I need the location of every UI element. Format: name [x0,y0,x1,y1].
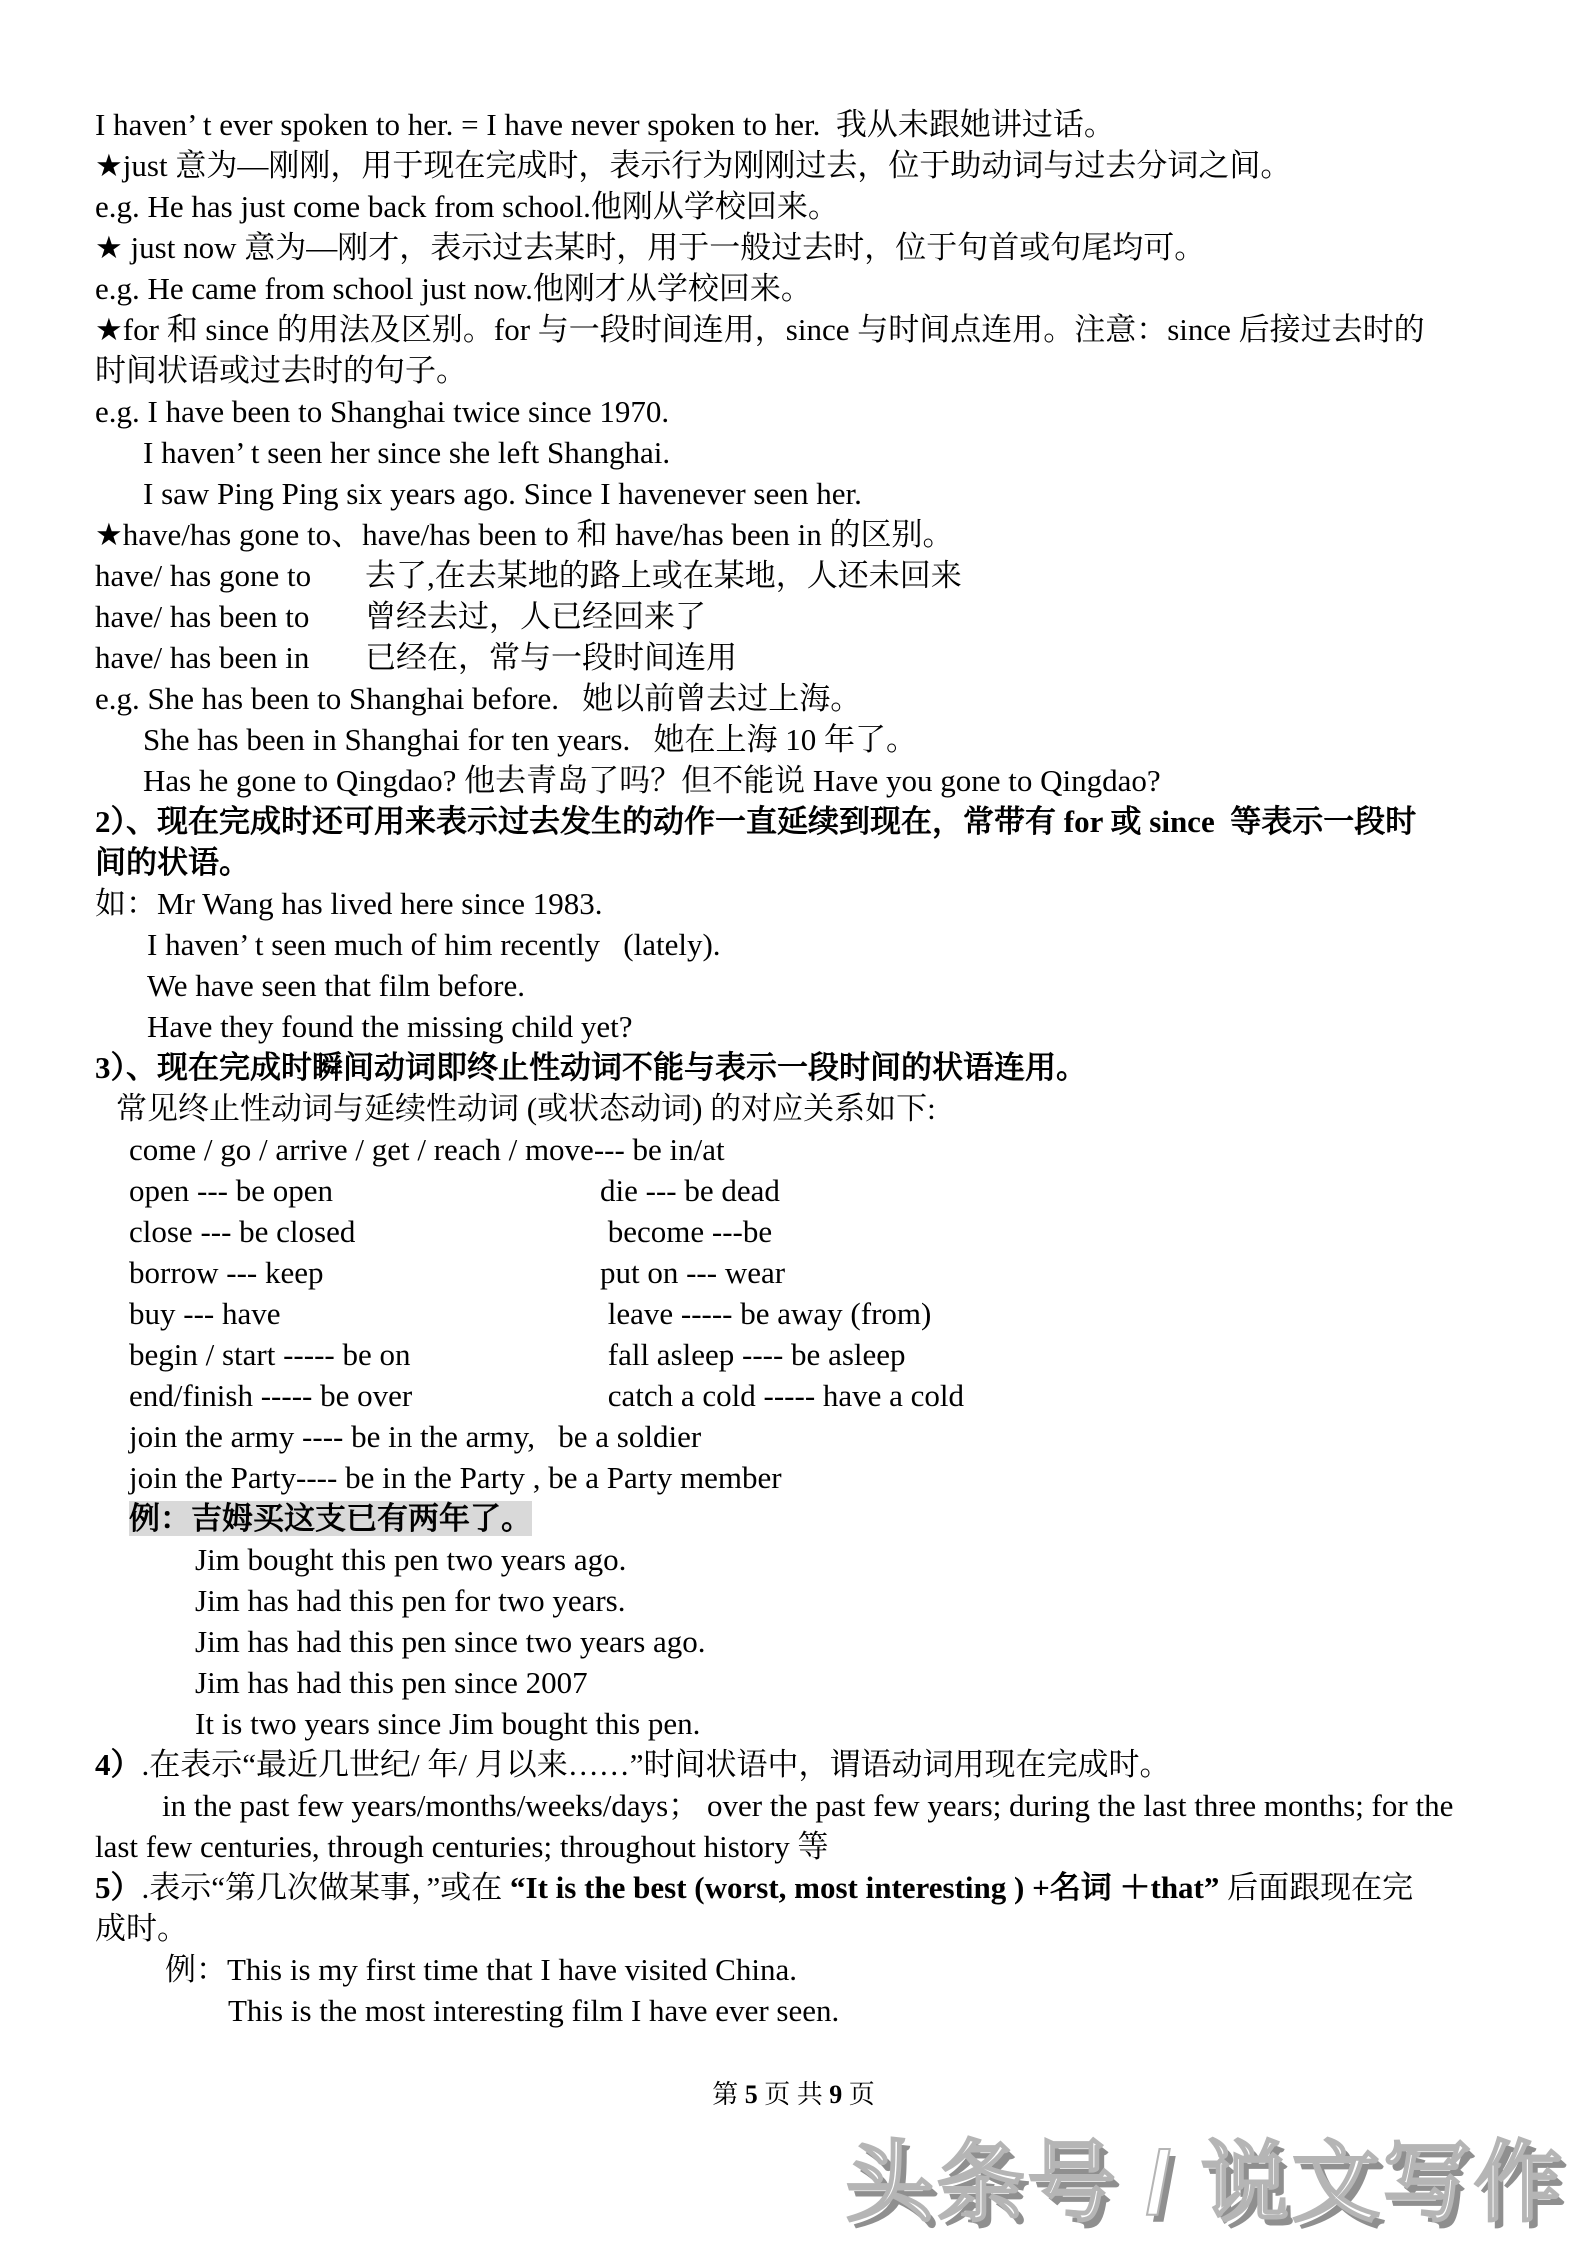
text-segment: 曾经去过，人已经回来了 [365,599,706,634]
text-segment: 例：吉姆买这支已有两年了。 [129,1501,532,1536]
text-segment: 已经在，常与一段时间连用 [365,640,737,675]
text-segment: 如：Mr Wang has lived here since 1983. [95,886,602,921]
text-line: 2）、现在完成时还可用来表示过去发生的动作一直延续到现在，常带有 for 或 s… [95,801,1567,842]
text-line: ★have/has gone to、have/has been to 和 hav… [95,514,1567,555]
text-segment: buy --- have [129,1293,600,1334]
text-segment: She has been in Shanghai for ten years. … [143,722,917,757]
text-segment: 3）、现在完成时瞬间动词即终止性动词不能与表示一段时间的状语连用。 [95,1050,1087,1085]
text-segment: 2）、现在完成时还可用来表示过去发生的动作一直延续到现在，常带有 for 或 s… [95,804,1416,839]
text-segment: .在表示“最近几世纪/ 年/ 月以来……”时间状语中，谓语动词用现在完成时。 [142,1747,1171,1782]
text-segment: 第 [712,2080,745,2109]
text-segment: begin / start ----- be on [129,1334,600,1375]
text-line: 5）.表示“第几次做某事，”或在 “It is the best (worst,… [95,1867,1567,1908]
text-line: Has he gone to Qingdao? 他去青岛了吗？但不能说 Have… [95,760,1567,801]
text-segment: This is the most interesting film I have… [228,1993,839,2028]
text-segment: I haven’ t seen her since she left Shang… [143,435,670,470]
text-line: Jim has had this pen since 2007 [95,1662,1567,1703]
text-segment: ★have/has gone to、have/has been to 和 hav… [95,517,954,552]
text-segment: “It is the best (worst, most interesting… [510,1870,1219,1905]
text-line: e.g. He has just come back from school.他… [95,186,1567,227]
text-segment: 成时。 [95,1911,188,1946]
text-segment: I haven’ t seen much of him recently (la… [147,927,721,962]
text-segment: Jim has had this pen for two years. [195,1583,625,1618]
text-line: e.g. I have been to Shanghai twice since… [95,391,1567,432]
text-segment: 4） [95,1747,142,1782]
text-segment: 去了,在去某地的路上或在某地，人还未回来 [365,558,962,593]
text-segment: 例：This is my first time that I have visi… [165,1952,797,1987]
text-segment: put on --- wear [600,1255,785,1290]
text-line: I haven’ t seen much of him recently (la… [95,924,1567,965]
text-line: We have seen that film before. [95,965,1567,1006]
text-line: e.g. He came from school just now.他刚才从学校… [95,268,1567,309]
text-line: ★for 和 since 的用法及区别。for 与一段时间连用，since 与时… [95,309,1567,350]
text-segment: join the army ---- be in the army, be a … [129,1419,701,1454]
text-segment: 5） [95,1870,142,1905]
watermark: 头条号 / 说文写作 [846,2113,1565,2239]
text-segment: Jim has had this pen since 2007 [195,1665,588,1700]
text-line: join the Party---- be in the Party , be … [95,1457,1567,1498]
text-segment: 页 [842,2080,875,2109]
text-line: buy --- have leave ----- be away (from) [95,1293,1567,1334]
text-line: 成时。 [95,1908,1567,1949]
text-line: come / go / arrive / get / reach / move-… [95,1129,1567,1170]
text-line: Jim bought this pen two years ago. [95,1539,1567,1580]
text-segment: ★just 意为—刚刚，用于现在完成时，表示行为刚刚过去，位于助动词与过去分词之… [95,148,1291,183]
text-segment: 间的状语。 [95,845,250,880]
page-footer: 第 5 页 共 9 页 [0,2078,1587,2112]
text-segment: 常见终止性动词与延续性动词 (或状态动词) 的对应关系如下: [116,1091,936,1126]
text-segment: fall asleep ---- be asleep [600,1337,906,1372]
text-segment: Have they found the missing child yet? [147,1009,633,1044]
text-segment: 后面跟现在完 [1219,1870,1413,1905]
text-line: ★ just now 意为—刚才，表示过去某时，用于一般过去时，位于句首或句尾均… [95,227,1567,268]
text-segment: end/finish ----- be over [129,1375,600,1416]
text-line: Have they found the missing child yet? [95,1006,1567,1047]
text-line: have/ has been in已经在，常与一段时间连用 [95,637,1567,678]
text-line: end/finish ----- be over catch a cold --… [95,1375,1567,1416]
text-segment: borrow --- keep [129,1252,600,1293]
text-line: begin / start ----- be on fall asleep --… [95,1334,1567,1375]
text-segment: e.g. He came from school just now.他刚才从学校… [95,271,812,306]
text-line: open --- be opendie --- be dead [95,1170,1567,1211]
text-line: 时间状语或过去时的句子。 [95,350,1567,391]
text-segment: 9 [829,2080,842,2109]
text-line: Jim has had this pen for two years. [95,1580,1567,1621]
text-line: This is the most interesting film I have… [95,1990,1567,2031]
text-segment: last few centuries, through centuries; t… [95,1829,829,1864]
text-line: in the past few years/months/weeks/days；… [95,1785,1567,1826]
text-segment: ★ just now 意为—刚才，表示过去某时，用于一般过去时，位于句首或句尾均… [95,230,1205,265]
text-line: It is two years since Jim bought this pe… [95,1703,1567,1744]
text-line: 4）.在表示“最近几世纪/ 年/ 月以来……”时间状语中，谓语动词用现在完成时。 [95,1744,1567,1785]
text-segment: ★for 和 since 的用法及区别。for 与一段时间连用，since 与时… [95,312,1425,347]
text-segment: die --- be dead [600,1173,780,1208]
text-segment: I saw Ping Ping six years ago. Since I h… [143,476,862,511]
text-segment: join the Party---- be in the Party , be … [129,1460,782,1495]
text-line: 例：吉姆买这支已有两年了。 [95,1498,1567,1539]
text-segment: I haven’ t ever spoken to her. = I have … [95,107,1115,142]
text-segment: .表示“第几次做某事，”或在 [142,1870,511,1905]
text-segment: catch a cold ----- have a cold [600,1378,964,1413]
text-segment: have/ has gone to [95,555,365,596]
text-line: I haven’ t seen her since she left Shang… [95,432,1567,473]
text-segment: 页 共 [758,2080,830,2109]
text-segment: Jim has had this pen since two years ago… [195,1624,706,1659]
text-line: She has been in Shanghai for ten years. … [95,719,1567,760]
text-line: join the army ---- be in the army, be a … [95,1416,1567,1457]
text-segment: Jim bought this pen two years ago. [195,1542,626,1577]
text-line: have/ has been to曾经去过，人已经回来了 [95,596,1567,637]
text-segment: e.g. He has just come back from school.他… [95,189,839,224]
text-line: have/ has gone to去了,在去某地的路上或在某地，人还未回来 [95,555,1567,596]
text-segment: 5 [745,2080,758,2109]
text-line: 间的状语。 [95,842,1567,883]
text-line: 常见终止性动词与延续性动词 (或状态动词) 的对应关系如下: [95,1088,1567,1129]
text-segment: 时间状语或过去时的句子。 [95,353,467,388]
text-line: I saw Ping Ping six years ago. Since I h… [95,473,1567,514]
text-segment: It is two years since Jim bought this pe… [195,1706,700,1741]
text-line: I haven’ t ever spoken to her. = I have … [95,104,1567,145]
text-line: last few centuries, through centuries; t… [95,1826,1567,1867]
text-line: close --- be closed become ---be [95,1211,1567,1252]
text-segment: Has he gone to Qingdao? 他去青岛了吗？但不能说 Have… [143,763,1161,798]
text-segment: come / go / arrive / get / reach / move-… [129,1132,725,1167]
text-segment: have/ has been in [95,637,365,678]
text-segment: We have seen that film before. [147,968,525,1003]
document-page: I haven’ t ever spoken to her. = I have … [0,0,1587,2245]
text-line: Jim has had this pen since two years ago… [95,1621,1567,1662]
text-segment: become ---be [600,1214,772,1249]
text-segment: close --- be closed [129,1211,600,1252]
text-segment: e.g. I have been to Shanghai twice since… [95,394,669,429]
text-line: e.g. She has been to Shanghai before. 她以… [95,678,1567,719]
text-line: ★just 意为—刚刚，用于现在完成时，表示行为刚刚过去，位于助动词与过去分词之… [95,145,1567,186]
text-segment: open --- be open [129,1170,600,1211]
text-segment: have/ has been to [95,596,365,637]
text-segment: in the past few years/months/weeks/days；… [162,1788,1453,1823]
text-line: borrow --- keepput on --- wear [95,1252,1567,1293]
text-line: 3）、现在完成时瞬间动词即终止性动词不能与表示一段时间的状语连用。 [95,1047,1567,1088]
text-line: 例：This is my first time that I have visi… [95,1949,1567,1990]
document-body: I haven’ t ever spoken to her. = I have … [95,104,1567,2031]
text-line: 如：Mr Wang has lived here since 1983. [95,883,1567,924]
text-segment: leave ----- be away (from) [600,1296,931,1331]
text-segment: e.g. She has been to Shanghai before. 她以… [95,681,861,716]
